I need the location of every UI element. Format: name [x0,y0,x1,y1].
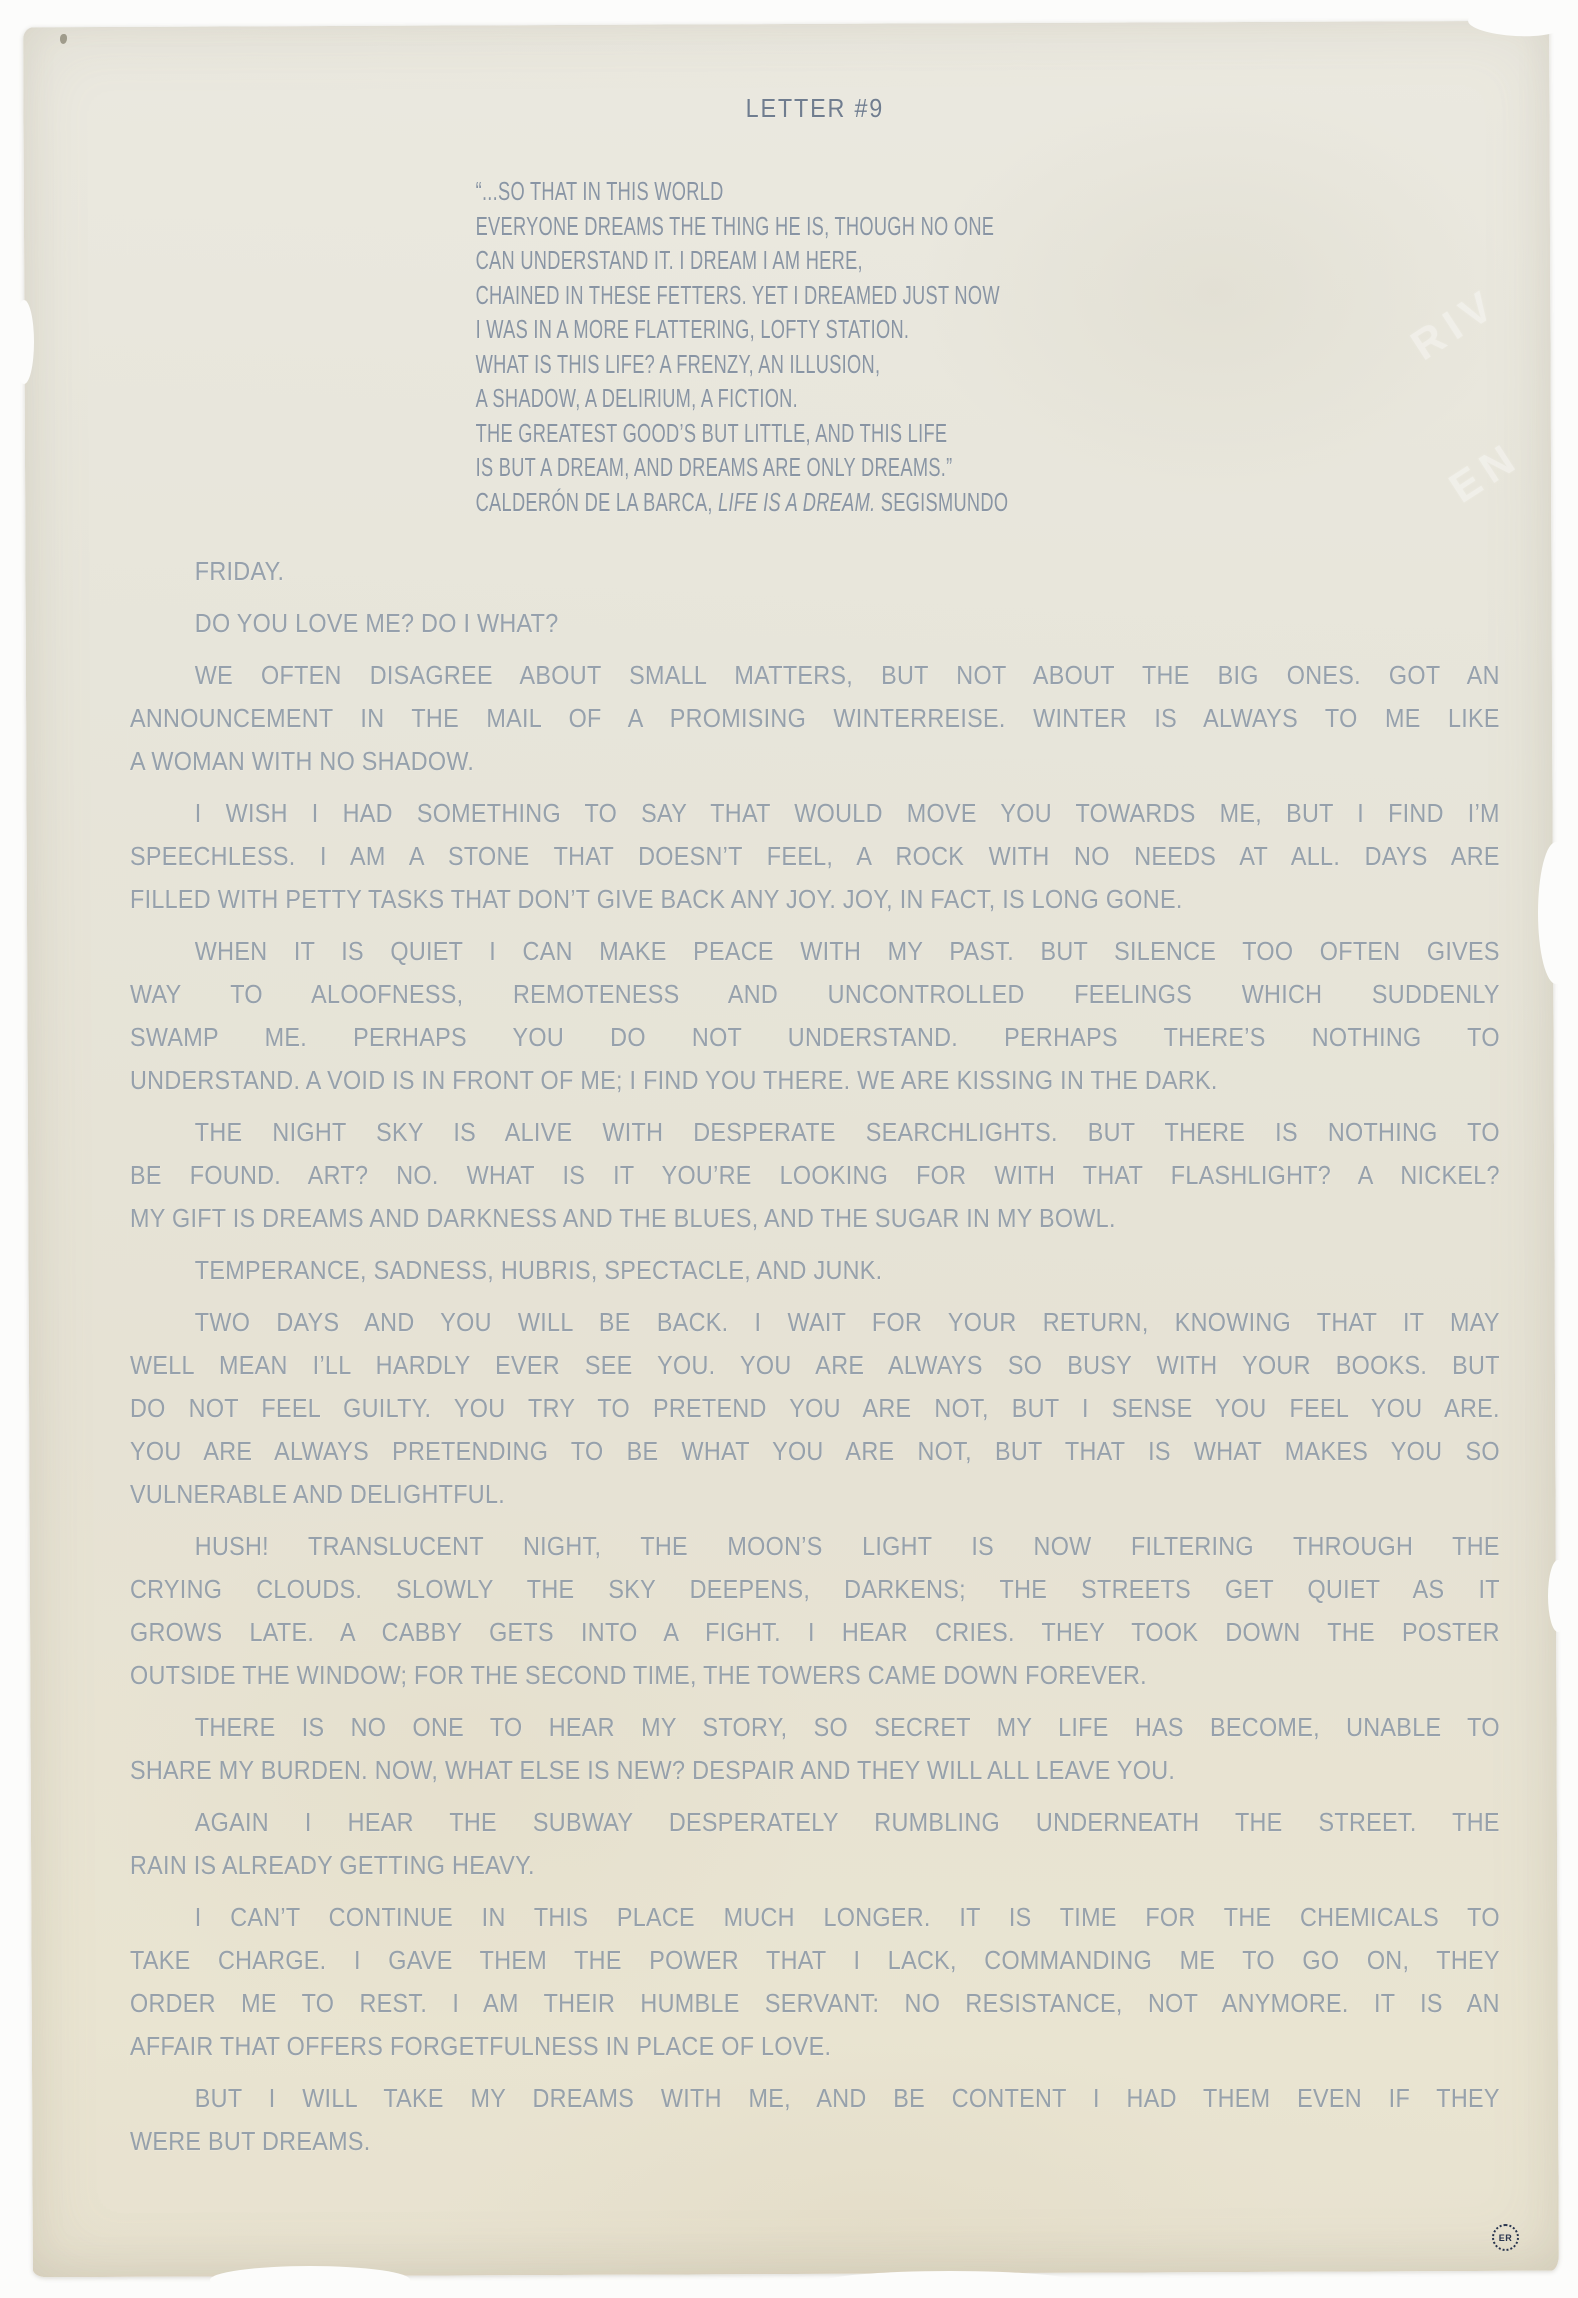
body-line: ANNOUNCEMENT IN THE MAIL OF A PROMISING … [130,697,1500,740]
photo-background: RIV EN LETTER #9 “...SO THAT IN THIS WOR… [0,0,1578,2298]
body-line: YOU ARE ALWAYS PRETENDING TO BE WHAT YOU… [130,1430,1500,1473]
body-line: VULNERABLE AND DELIGHTFUL. [130,1473,1500,1516]
body-line: OUTSIDE THE WINDOW; FOR THE SECOND TIME,… [130,1654,1500,1697]
paragraph: I WISH I HAD SOMETHING TO SAY THAT WOULD… [130,792,1500,921]
paragraph: WE OFTEN DISAGREE ABOUT SMALL MATTERS, B… [130,654,1500,783]
deckle-edge-notch [14,300,34,384]
body-line: RAIN IS ALREADY GETTING HEAVY. [130,1844,1500,1887]
epigraph-line: A SHADOW, A DELIRIUM, A FICTION. [476,381,1108,416]
epigraph-line: I WAS IN A MORE FLATTERING, LOFTY STATIO… [476,312,1108,347]
epigraph-line: CAN UNDERSTAND IT. I DREAM I AM HERE, [476,243,1108,278]
body-line: WHEN IT IS QUIET I CAN MAKE PEACE WITH M… [130,930,1500,973]
epigraph-line: CHAINED IN THESE FETTERS. YET I DREAMED … [476,278,1108,313]
epigraph-line: IS BUT A DREAM, AND DREAMS ARE ONLY DREA… [476,450,1108,485]
deckle-edge-notch [1548,1560,1568,1632]
body-line: SWAMP ME. PERHAPS YOU DO NOT UNDERSTAND.… [130,1016,1500,1059]
body-line: BE FOUND. ART? NO. WHAT IS IT YOU’RE LOO… [130,1154,1500,1197]
body-line: UNDERSTAND. A VOID IS IN FRONT OF ME; I … [130,1059,1500,1102]
paragraph: I CAN’T CONTINUE IN THIS PLACE MUCH LONG… [130,1896,1500,2068]
paragraph: THERE IS NO ONE TO HEAR MY STORY, SO SEC… [130,1706,1500,1792]
paragraph: TWO DAYS AND YOU WILL BE BACK. I WAIT FO… [130,1301,1500,1516]
body-line: AFFAIR THAT OFFERS FORGETFULNESS IN PLAC… [130,2025,1500,2068]
paragraph: FRIDAY. [130,550,1500,593]
body-line: MY GIFT IS DREAMS AND DARKNESS AND THE B… [130,1197,1500,1240]
body-line: WAY TO ALOOFNESS, REMOTENESS AND UNCONTR… [130,973,1500,1016]
paragraph: WHEN IT IS QUIET I CAN MAKE PEACE WITH M… [130,930,1500,1102]
body-line: BUT I WILL TAKE MY DREAMS WITH ME, AND B… [130,2077,1500,2120]
epigraph-lines: “...SO THAT IN THIS WORLDEVERYONE DREAMS… [476,174,1108,485]
epigraph-line: EVERYONE DREAMS THE THING HE IS, THOUGH … [476,209,1108,244]
deckle-edge-notch [210,2266,410,2294]
paragraph: BUT I WILL TAKE MY DREAMS WITH ME, AND B… [130,2077,1500,2163]
body-line: CRYING CLOUDS. SLOWLY THE SKY DEEPENS, D… [130,1568,1500,1611]
epigraph-line: “...SO THAT IN THIS WORLD [476,174,1108,209]
body-line: I CAN’T CONTINUE IN THIS PLACE MUCH LONG… [130,1896,1500,1939]
epigraph-line: WHAT IS THIS LIFE? A FRENZY, AN ILLUSION… [476,347,1108,382]
paragraph: DO YOU LOVE ME? DO I WHAT? [130,602,1500,645]
body-line: WE OFTEN DISAGREE ABOUT SMALL MATTERS, B… [130,654,1500,697]
body-line: WERE BUT DREAMS. [130,2120,1500,2163]
body-line: TEMPERANCE, SADNESS, HUBRIS, SPECTACLE, … [130,1249,1500,1292]
paragraph: HUSH! TRANSLUCENT NIGHT, THE MOON’S LIGH… [130,1525,1500,1697]
body-line: DO NOT FEEL GUILTY. YOU TRY TO PRETEND Y… [130,1387,1500,1430]
body-line: A WOMAN WITH NO SHADOW. [130,740,1500,783]
epigraph-line: THE GREATEST GOOD’S BUT LITTLE, AND THIS… [476,416,1108,451]
attribution-speaker: SEGISMUNDO [875,487,1008,517]
letter-title: LETTER #9 [130,91,1500,125]
letter-body: FRIDAY.DO YOU LOVE ME? DO I WHAT?WE OFTE… [130,550,1500,2172]
body-line: ORDER ME TO REST. I AM THEIR HUMBLE SERV… [130,1982,1500,2025]
epigraph: “...SO THAT IN THIS WORLDEVERYONE DREAMS… [476,174,1108,519]
body-line: THE NIGHT SKY IS ALIVE WITH DESPERATE SE… [130,1111,1500,1154]
attribution-author: CALDERÓN DE LA BARCA, [476,487,719,517]
body-line: TAKE CHARGE. I GAVE THEM THE POWER THAT … [130,1939,1500,1982]
paragraph: TEMPERANCE, SADNESS, HUBRIS, SPECTACLE, … [130,1249,1500,1292]
deckle-edge-notch [1538,842,1574,984]
body-line: FRIDAY. [130,550,1500,593]
body-line: AGAIN I HEAR THE SUBWAY DESPERATELY RUMB… [130,1801,1500,1844]
body-line: HUSH! TRANSLUCENT NIGHT, THE MOON’S LIGH… [130,1525,1500,1568]
body-line: SPEECHLESS. I AM A STONE THAT DOESN’T FE… [130,835,1500,878]
body-line: DO YOU LOVE ME? DO I WHAT? [130,602,1500,645]
body-line: WELL MEAN I’LL HARDLY EVER SEE YOU. YOU … [130,1344,1500,1387]
body-line: I WISH I HAD SOMETHING TO SAY THAT WOULD… [130,792,1500,835]
body-line: TWO DAYS AND YOU WILL BE BACK. I WAIT FO… [130,1301,1500,1344]
deckle-edge-notch [820,2271,1080,2295]
printers-chop-stamp: ER [1492,2224,1519,2251]
attribution-work-title: LIFE IS A DREAM. [718,487,875,517]
body-line: SHARE MY BURDEN. NOW, WHAT ELSE IS NEW? … [130,1749,1500,1792]
body-line: GROWS LATE. A CABBY GETS INTO A FIGHT. I… [130,1611,1500,1654]
paragraph: THE NIGHT SKY IS ALIVE WITH DESPERATE SE… [130,1111,1500,1240]
body-line: THERE IS NO ONE TO HEAR MY STORY, SO SEC… [130,1706,1500,1749]
epigraph-attribution: CALDERÓN DE LA BARCA, LIFE IS A DREAM. S… [476,485,1108,520]
paragraph: AGAIN I HEAR THE SUBWAY DESPERATELY RUMB… [130,1801,1500,1887]
body-line: FILLED WITH PETTY TASKS THAT DON’T GIVE … [130,878,1500,921]
